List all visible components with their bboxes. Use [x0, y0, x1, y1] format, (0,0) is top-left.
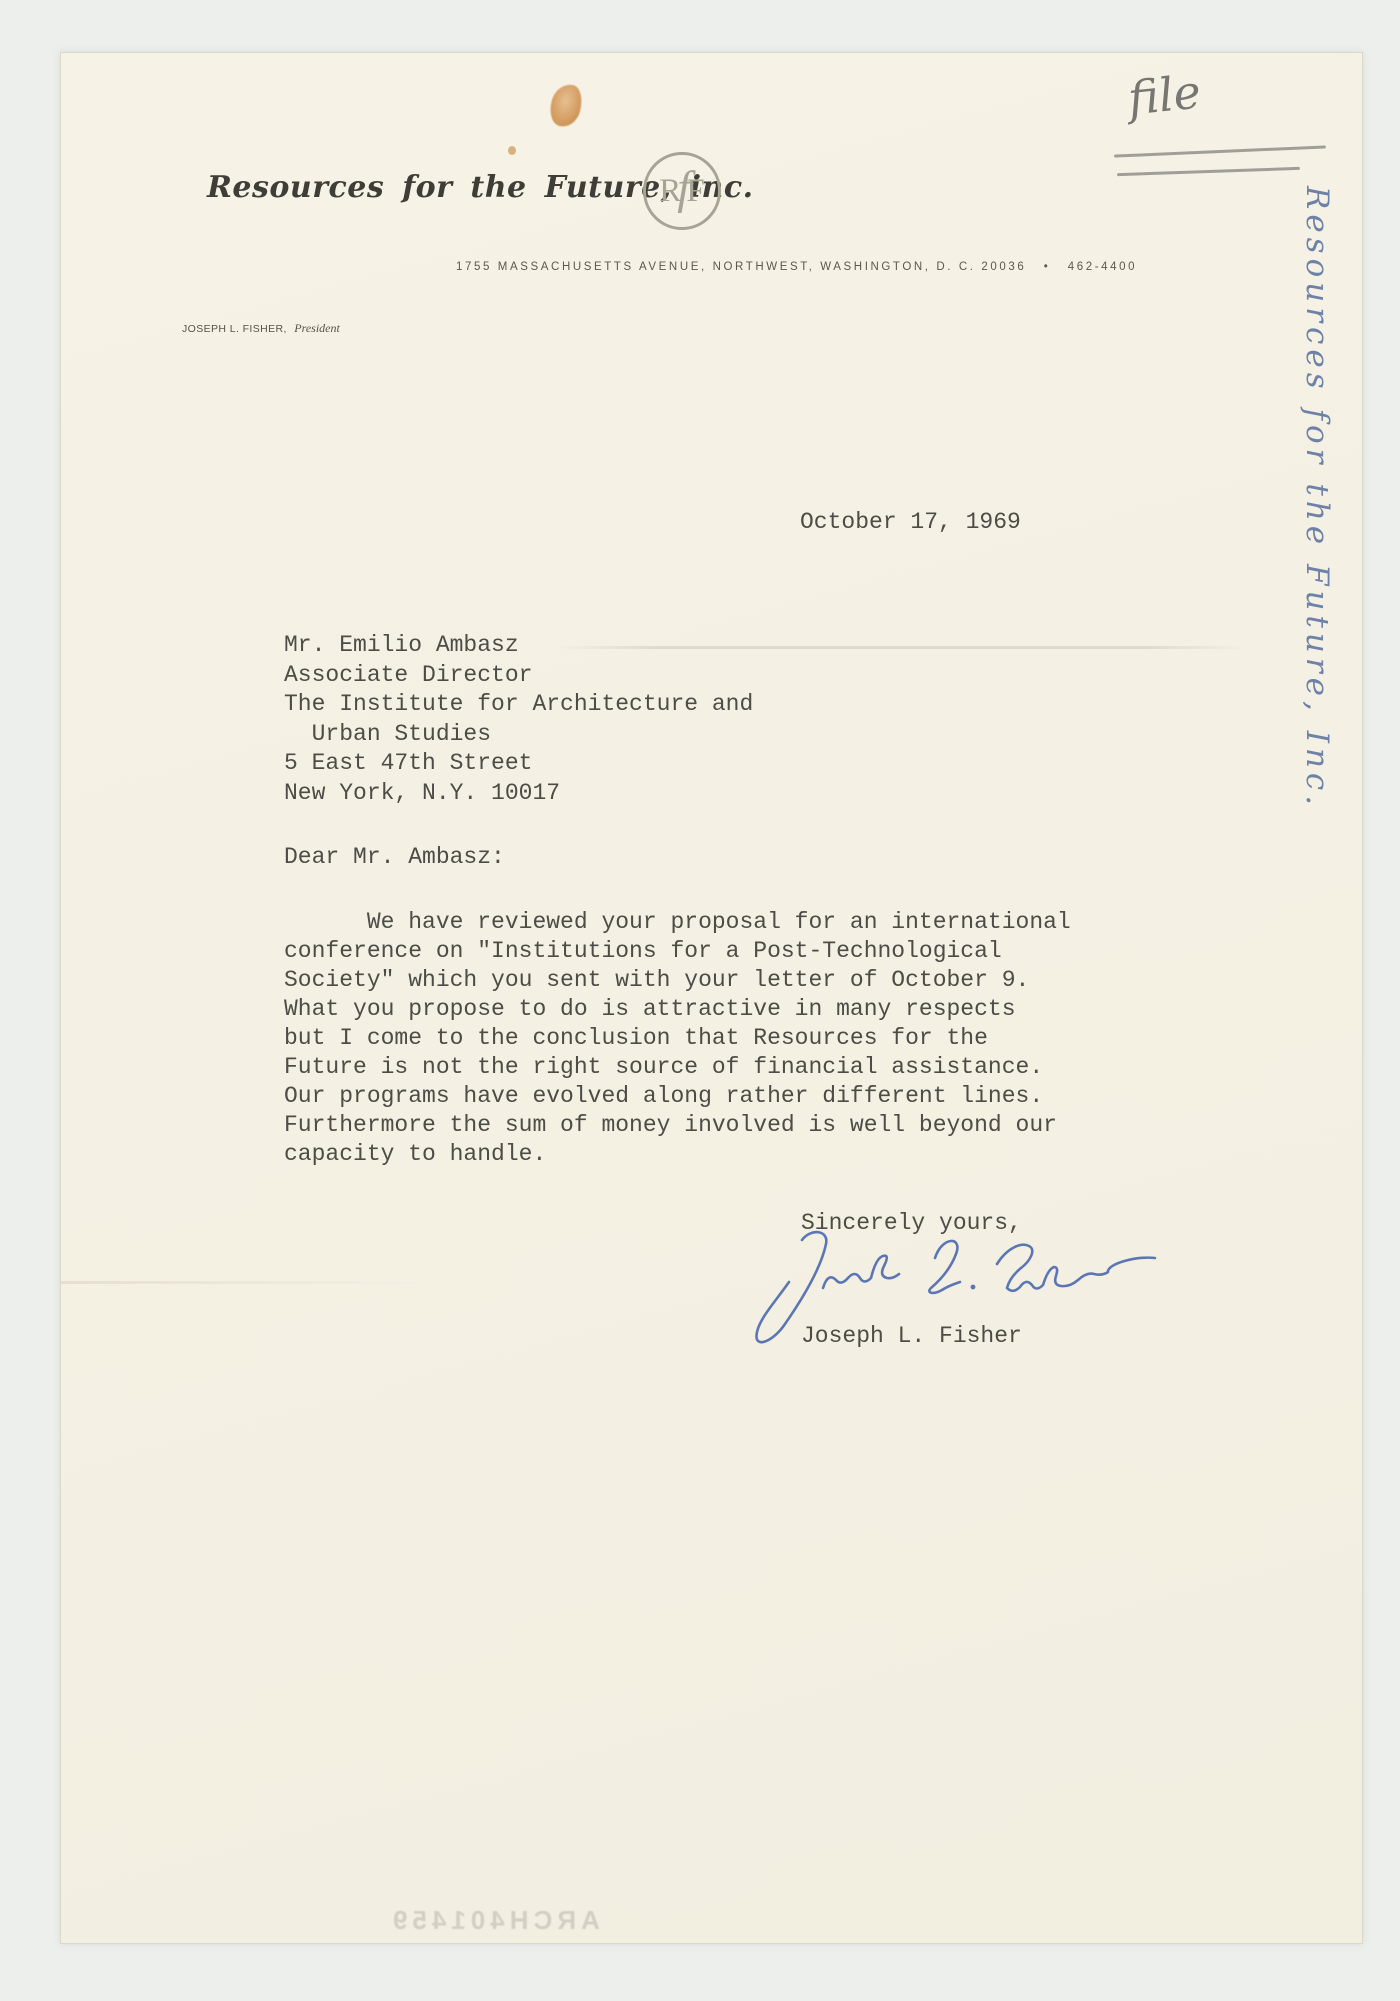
letter-body-line: conference on "Institutions for a Post-T… — [284, 937, 1071, 966]
scanned-letter: Resources for the Future, inc. RfF 1755 … — [0, 0, 1400, 2001]
signature-stroke — [997, 1245, 1155, 1291]
letter-body-line: What you propose to do is attractive in … — [284, 995, 1071, 1024]
officer-name: JOSEPH L. FISHER, — [182, 323, 287, 335]
stain-speck — [508, 146, 516, 155]
bleedthrough-stamp: ARCH401459 — [388, 1905, 600, 1936]
signature-stroke — [971, 1285, 976, 1290]
letter-body-line: capacity to handle. — [284, 1140, 1071, 1169]
handwritten-file-note: file — [1125, 64, 1203, 125]
recipient-address-line: New York, N.Y. 10017 — [284, 779, 753, 809]
paper-crease-left — [61, 1281, 421, 1284]
signature-stroke — [823, 1256, 899, 1288]
letter-body-line: Our programs have evolved along rather d… — [284, 1082, 1071, 1111]
recipient-address-line: 5 East 47th Street — [284, 749, 753, 779]
recipient-address: Mr. Emilio AmbaszAssociate DirectorThe I… — [284, 631, 753, 808]
letter-date: October 17, 1969 — [800, 508, 1021, 537]
officer-title: President — [294, 321, 340, 335]
recipient-address-line: Associate Director — [284, 661, 753, 691]
salutation: Dear Mr. Ambasz: — [284, 843, 505, 872]
signature-stroke — [929, 1241, 960, 1293]
letter-body-line: but I come to the conclusion that Resour… — [284, 1024, 1071, 1053]
letterhead-officer: JOSEPH L. FISHER, President — [182, 319, 340, 337]
letter-body-line: Future is not the right source of financ… — [284, 1053, 1071, 1082]
recipient-address-line: The Institute for Architecture and — [284, 690, 753, 720]
recipient-address-line: Mr. Emilio Ambasz — [284, 631, 753, 661]
letter-body-line: Society" which you sent with your letter… — [284, 966, 1071, 995]
letter-body: We have reviewed your proposal for an in… — [284, 908, 1071, 1169]
letter-body-line: We have reviewed your proposal for an in… — [284, 908, 1071, 937]
letterhead-address: 1755 MASSACHUSETTS AVENUE, NORTHWEST, WA… — [456, 261, 1137, 273]
typed-signature-name: Joseph L. Fisher — [801, 1322, 1022, 1351]
handwritten-margin-note: Resources for the Future, Inc. — [1299, 186, 1335, 810]
recipient-address-line: Urban Studies — [284, 720, 753, 750]
letter-body-line: Furthermore the sum of money involved is… — [284, 1111, 1071, 1140]
logo-letter: f — [677, 165, 690, 212]
rff-logo-icon: RfF — [643, 152, 721, 230]
